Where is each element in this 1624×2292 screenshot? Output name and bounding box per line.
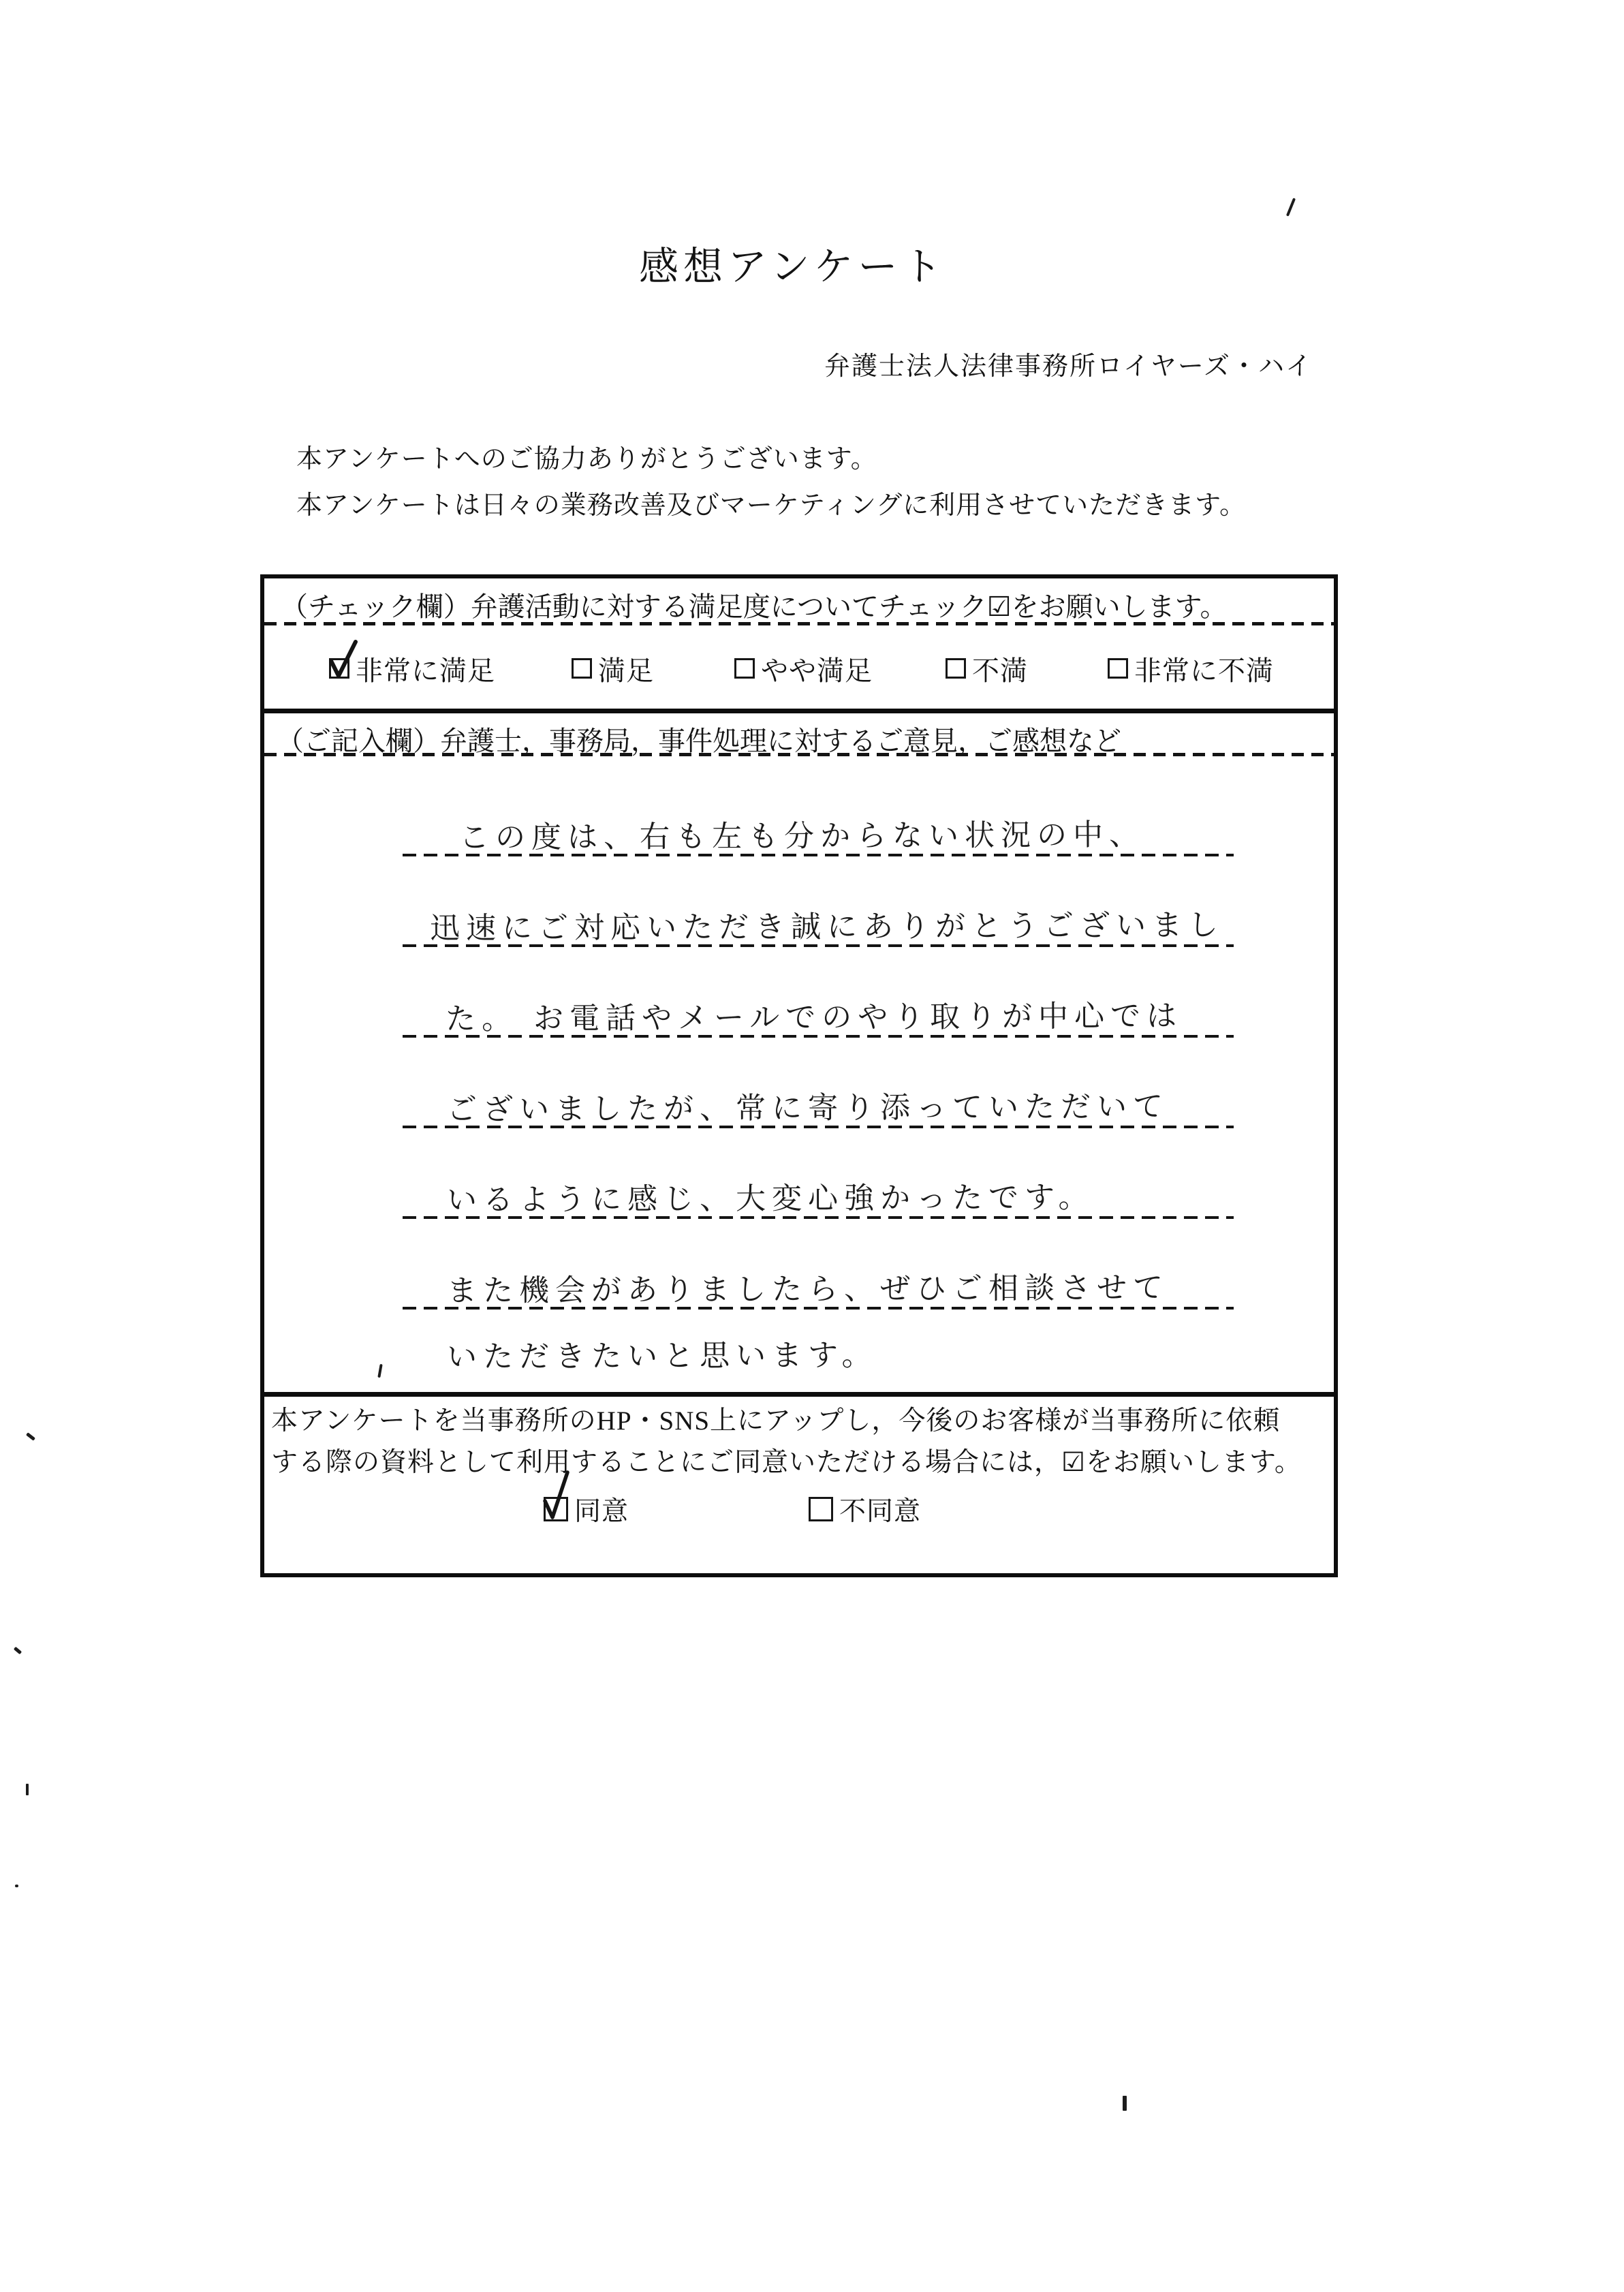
scan-artifact <box>26 1432 35 1441</box>
checkbox-somewhat-satisfied[interactable] <box>734 658 755 679</box>
intro-text: 本アンケートへのご協力ありがとうございます。 本アンケートは日々の業務改善及びマ… <box>296 436 1246 529</box>
intro-line-1: 本アンケートへのご協力ありがとうございます。 <box>296 436 1246 482</box>
option-label: 不満 <box>972 649 1028 688</box>
scanned-survey-page: 感想アンケート 弁護士法人法律事務所ロイヤーズ・ハイ 本アンケートへのご協力あり… <box>0 0 1624 2292</box>
scan-artifact <box>26 1784 29 1795</box>
handwritten-line-3: た。 お電話やメールでのやり取りが中心では <box>446 991 1183 1038</box>
handwritten-line-2: 迅速にご対応いただき誠にありがとうございまし <box>430 900 1224 947</box>
option-label: 同意 <box>574 1490 629 1528</box>
option-somewhat-satisfied: やや満足 <box>734 651 873 686</box>
option-very-dissatisfied: 非常に不満 <box>1108 651 1274 686</box>
divider-dashed <box>264 622 1334 625</box>
consent-line-1: 本アンケートを当事務所のHP・SNS上にアップし，今後のお客様が当事務所に依頼 <box>271 1400 1334 1442</box>
writing-guide-line <box>403 1126 1234 1128</box>
consent-text: 本アンケートを当事務所のHP・SNS上にアップし，今後のお客様が当事務所に依頼 … <box>271 1400 1334 1483</box>
organization-name: 弁護士法人法律事務所ロイヤーズ・ハイ <box>824 345 1313 382</box>
survey-form-box: （チェック欄）弁護活動に対する満足度についてチェック☑をお願いします。 非常に満… <box>260 574 1338 1577</box>
option-disagree: 不同意 <box>809 1491 921 1527</box>
scan-artifact <box>1123 2096 1127 2111</box>
handwritten-line-1: この度は、右も左も分からない状況の中、 <box>459 810 1145 856</box>
checkbox-very-satisfied[interactable] <box>329 658 349 679</box>
handwritten-line-7: いただきたいと思います。 <box>447 1331 878 1376</box>
option-dissatisfied: 不満 <box>946 651 1028 686</box>
option-label: 不同意 <box>839 1490 921 1528</box>
consent-line-2: する際の資料として利用することにご同意いただける場合には，☑をお願いします。 <box>271 1442 1334 1483</box>
option-agree: 同意 <box>544 1491 629 1527</box>
writing-guide-line <box>403 854 1234 856</box>
handwritten-line-6: また機会がありましたら、ぜひご相談させて <box>447 1263 1169 1310</box>
option-label: やや満足 <box>761 649 873 688</box>
writing-guide-line <box>403 1035 1234 1038</box>
option-label: 満足 <box>598 649 654 688</box>
checkbox-disagree[interactable] <box>809 1497 833 1521</box>
writing-guide-line <box>403 1307 1234 1310</box>
handwritten-line-5: いるように感じ、大変心強かったです。 <box>447 1173 1095 1219</box>
option-satisfied: 満足 <box>572 651 654 686</box>
option-label: 非常に満足 <box>356 649 495 688</box>
option-label: 非常に不満 <box>1134 649 1274 688</box>
divider-solid <box>264 709 1334 713</box>
divider-dashed <box>264 753 1334 756</box>
page-title: 感想アンケート <box>639 234 947 292</box>
checkbox-very-dissatisfied[interactable] <box>1108 658 1128 679</box>
scan-artifact <box>1286 198 1296 216</box>
scan-artifact <box>14 1647 22 1655</box>
intro-line-2: 本アンケートは日々の業務改善及びマーケティングに利用させていただきます。 <box>296 482 1246 529</box>
handwritten-line-4: ございましたが、常に寄り添っていただいて <box>447 1082 1169 1129</box>
divider-solid <box>264 1392 1334 1397</box>
checkbox-dissatisfied[interactable] <box>946 658 966 679</box>
writing-guide-line <box>403 944 1234 947</box>
checkbox-satisfied[interactable] <box>572 658 592 679</box>
writing-guide-line <box>403 1216 1234 1219</box>
satisfaction-section-header: （チェック欄）弁護活動に対する満足度についてチェック☑をお願いします。 <box>264 585 1350 624</box>
checkbox-agree[interactable] <box>544 1497 568 1521</box>
scan-artifact <box>15 1885 18 1887</box>
option-very-satisfied: 非常に満足 <box>329 651 495 686</box>
